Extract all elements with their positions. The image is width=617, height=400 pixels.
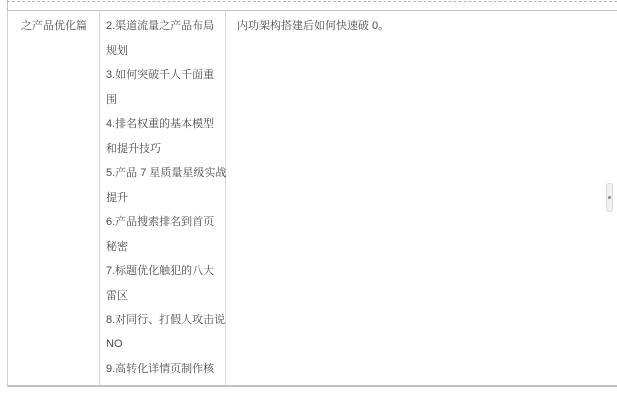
table-top-dashed-guide — [7, 1, 617, 2]
lesson-line: 8.对同行、打假人攻击说 — [106, 307, 221, 332]
course-outline-table-row: 之产品优化篇 2.渠道流量之产品布局 规划 3.如何突破千人千面重 围 4.排名… — [7, 10, 617, 387]
lesson-line: 雷区 — [106, 283, 221, 308]
lesson-line: 5.产品 7 星质量星级实战 — [106, 160, 221, 185]
lesson-line: 4.排名权重的基本模型 — [106, 111, 221, 136]
table-left-dashed-guide — [7, 0, 8, 10]
lesson-line: 7.标题优化触犯的八大 — [106, 258, 221, 283]
lesson-line: 围 — [106, 87, 221, 112]
lesson-line: NO — [106, 332, 221, 357]
handle-dot-icon — [608, 196, 611, 199]
content-description-cell: 内功架构搭建后如何快速破 0。 — [226, 11, 617, 385]
lesson-line: 9.高转化详情页制作核 — [106, 356, 221, 381]
edge-scroll-handle[interactable] — [606, 183, 613, 212]
module-title: 之产品优化篇 — [21, 13, 93, 38]
lesson-line: 秘密 — [106, 234, 221, 259]
lesson-line: 规划 — [106, 38, 221, 63]
lesson-line: 提升 — [106, 185, 221, 210]
lesson-line: 2.渠道流量之产品布局 — [106, 13, 221, 38]
module-title-cell: 之产品优化篇 — [8, 11, 100, 385]
lesson-list-cell: 2.渠道流量之产品布局 规划 3.如何突破千人千面重 围 4.排名权重的基本模型… — [100, 11, 226, 385]
lesson-line: 3.如何突破千人千面重 — [106, 62, 221, 87]
content-description: 内功架构搭建后如何快速破 0。 — [237, 13, 617, 38]
document-page: 之产品优化篇 2.渠道流量之产品布局 规划 3.如何突破千人千面重 围 4.排名… — [0, 0, 617, 400]
lesson-line: 6.产品搜索排名到首页 — [106, 209, 221, 234]
lesson-line: 和提升技巧 — [106, 136, 221, 161]
